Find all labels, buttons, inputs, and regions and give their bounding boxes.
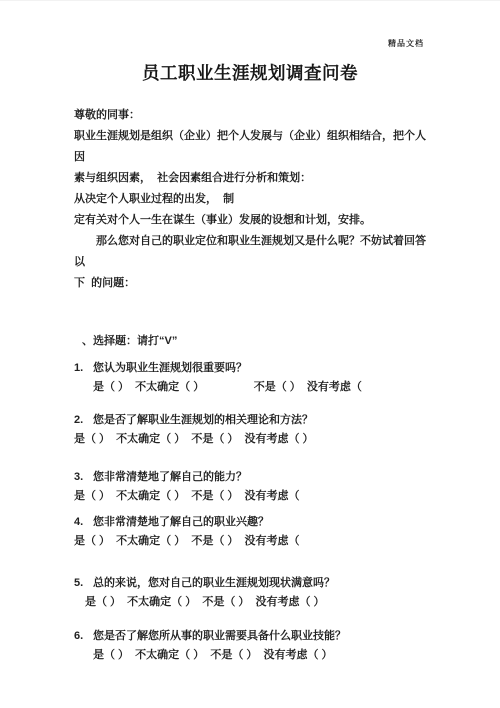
survey-instruction: 、选择题：请打“V”	[74, 335, 430, 347]
document-page: 精品文档 员工职业生涯规划调查问卷 尊敬的同事： 职业生涯规划是组织（企业）把个…	[0, 0, 500, 708]
intro-text-line: 职业生涯规划是组织（企业）把个人发展与（企业）组织相结合，把个人因	[74, 126, 430, 168]
question-text: 4.您非常清楚地了解自己的职业兴趣？	[74, 513, 430, 532]
question-number: 2.	[74, 411, 93, 430]
question-number: 1.	[74, 359, 93, 378]
question-number: 3.	[74, 468, 93, 487]
question-text: 2.您是否了解职业生涯规划的相关理论和方法？	[74, 411, 430, 430]
survey-section: 、选择题：请打“V” 1.您认为职业生涯规划很重要吗？ 是（ ） 不太确定（ ）…	[74, 335, 430, 665]
document-body: 尊敬的同事： 职业生涯规划是组织（企业）把个人发展与（企业）组织相结合，把个人因…	[74, 105, 430, 665]
question-item-1: 1.您认为职业生涯规划很重要吗？ 是（ ） 不太确定（ ） 不是（ ） 没有考虑…	[74, 359, 430, 397]
intro-salutation: 尊敬的同事：	[74, 105, 430, 126]
answer-options: 是（ ） 不太确定（ ） 不是（ ） 没有考虑（	[74, 487, 430, 506]
question-item-2: 2.您是否了解职业生涯规划的相关理论和方法？ 是（ ） 不太确定（ ） 不是（ …	[74, 411, 430, 449]
question-label: 您非常清楚地了解自己的能力？	[93, 471, 247, 483]
question-number: 5.	[74, 574, 93, 593]
question-text: 6.您是否了解您所从事的职业需要具备什么职业技能？	[74, 627, 430, 646]
intro-text-line: 那么您对自己的职业定位和职业生涯规划又是什么呢？不妨试着回答以	[74, 231, 430, 273]
question-label: 您是否了解职业生涯规划的相关理论和方法？	[93, 414, 313, 426]
question-label: 您是否了解您所从事的职业需要具备什么职业技能？	[93, 630, 346, 642]
watermark-label: 精品文档	[388, 38, 424, 49]
answer-options: 是（ ） 不太确定（ ） 不是（ ） 没有考虑（ ）	[74, 430, 430, 449]
question-label: 总的来说，您对自己的职业生涯规划现状满意吗？	[93, 577, 335, 589]
intro-text-line: 下 的问题：	[74, 273, 430, 294]
answer-options: 是（ ） 不太确定（ ） 不是（ ） 没有考虑（ ）	[74, 646, 430, 665]
page-title: 员工职业生涯规划调查问卷	[0, 1, 500, 85]
question-item-4: 4.您非常清楚地了解自己的职业兴趣？ 是（ ） 不太确定（ ） 不是（ ） 没有…	[74, 513, 430, 551]
question-text: 3.您非常清楚地了解自己的能力？	[74, 468, 430, 487]
answer-options: 是（ ） 不太确定（ ） 不是（ ） 没有考虑（	[74, 378, 430, 397]
question-number: 4.	[74, 513, 93, 532]
intro-text-line: 定有关对个人一生在谋生（事业）发展的设想和计划，安排。	[74, 210, 430, 231]
question-number: 6.	[74, 627, 93, 646]
answer-options: 是（ ） 不太确定（ ） 不是（ ） 没有考虑（ ）	[74, 593, 430, 612]
question-label: 您非常清楚地了解自己的职业兴趣？	[93, 516, 269, 528]
question-text: 1.您认为职业生涯规划很重要吗？	[74, 359, 430, 378]
intro-text-line: 素与组织因素， 社会因素组合进行分析和策划：	[74, 168, 430, 189]
question-text: 5.总的来说，您对自己的职业生涯规划现状满意吗？	[74, 574, 430, 593]
question-item-5: 5.总的来说，您对自己的职业生涯规划现状满意吗？ 是（ ） 不太确定（ ） 不是…	[74, 574, 430, 612]
intro-paragraph: 尊敬的同事： 职业生涯规划是组织（企业）把个人发展与（企业）组织相结合，把个人因…	[74, 105, 430, 294]
question-item-6: 6.您是否了解您所从事的职业需要具备什么职业技能？ 是（ ） 不太确定（ ） 不…	[74, 627, 430, 665]
question-label: 您认为职业生涯规划很重要吗？	[93, 362, 247, 374]
question-item-3: 3.您非常清楚地了解自己的能力？ 是（ ） 不太确定（ ） 不是（ ） 没有考虑…	[74, 468, 430, 506]
answer-options: 是（ ） 不太确定（ ） 不是（ ） 没有考虑（	[74, 532, 430, 551]
intro-text-line: 从决定个人职业过程的出发， 制	[74, 189, 430, 210]
